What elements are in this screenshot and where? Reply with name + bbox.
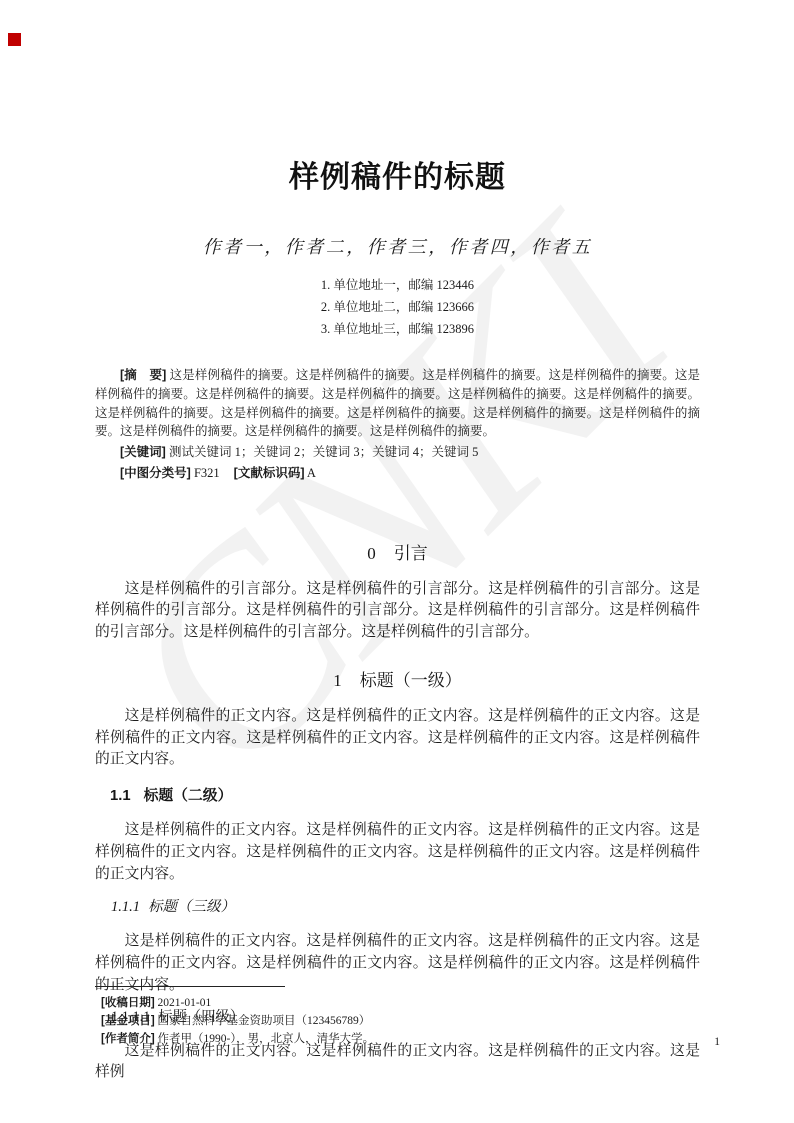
footnote-label: [收稿日期] (101, 997, 155, 1009)
abstract-paragraph: [摘 要] 这是样例稿件的摘要。这是样例稿件的摘要。这是样例稿件的摘要。这是样例… (95, 366, 700, 441)
section-number: 1.1 (110, 788, 131, 804)
classification-line: [中图分类号] F321[文献标识码] A (95, 464, 700, 483)
footnote-author-bio: [作者简介] 作者甲（1990-），男，北京人，清华大学。 (95, 1030, 702, 1048)
footnote-label: [基金项目] (101, 1015, 155, 1027)
section-1-paragraph: 这是样例稿件的正文内容。这是样例稿件的正文内容。这是样例稿件的正文内容。这是样例… (95, 706, 700, 771)
abstract-text: 这是样例稿件的摘要。这是样例稿件的摘要。这是样例稿件的摘要。这是样例稿件的摘要。… (95, 368, 700, 438)
footnote-text: 国家自然科学基金资助项目（123456789） (158, 1015, 371, 1027)
clc-label: [中图分类号] (120, 466, 191, 480)
section-heading-1-1: 1.1标题（二级） (110, 784, 700, 805)
footnote-funding: [基金项目] 国家自然科学基金资助项目（123456789） (95, 1012, 702, 1030)
authors-line: 作者一，作者二，作者三，作者四，作者五 (95, 233, 700, 259)
footnote-received-date: [收稿日期] 2021-01-01 (95, 994, 702, 1012)
section-number: 0 (367, 544, 376, 563)
footnote-text: 作者甲（1990-），男，北京人，清华大学。 (158, 1033, 375, 1045)
keywords-text: 测试关键词 1；关键词 2；关键词 3；关键词 4；关键词 5 (169, 445, 478, 459)
section-heading-intro: 0引言 (95, 539, 700, 564)
affiliation-line: 2. 单位地址二，邮编 123666 (95, 296, 700, 318)
page-number: 1 (714, 1036, 720, 1048)
red-corner-marker-icon (8, 33, 21, 46)
affiliation-line: 3. 单位地址三，邮编 123896 (95, 318, 700, 340)
section-title: 标题（二级） (144, 788, 233, 804)
abstract-label: [摘 要] (120, 368, 166, 382)
section-heading-1-1-1: 1.1.1标题（三级） (111, 895, 700, 916)
doc-code-value: A (307, 466, 316, 480)
clc-value: F321 (194, 466, 220, 480)
affiliations-block: 1. 单位地址一，邮编 123446 2. 单位地址二，邮编 123666 3.… (95, 274, 700, 340)
keywords-label: [关键词] (120, 445, 166, 459)
affiliation-line: 1. 单位地址一，邮编 123446 (95, 274, 700, 296)
document-page: CNKI 样例稿件的标题 作者一，作者二，作者三，作者四，作者五 1. 单位地址… (0, 0, 794, 1123)
manuscript-body: 样例稿件的标题 作者一，作者二，作者三，作者四，作者五 1. 单位地址一，邮编 … (0, 152, 794, 1084)
footnote-label: [作者简介] (101, 1033, 155, 1045)
doc-code-label: [文献标识码] (234, 466, 305, 480)
section-title: 标题（三级） (148, 899, 235, 915)
section-number: 1 (333, 671, 342, 690)
keywords-line: [关键词] 测试关键词 1；关键词 2；关键词 3；关键词 4；关键词 5 (95, 443, 700, 462)
section-title: 引言 (394, 544, 428, 563)
footnote-divider (95, 986, 285, 987)
footnote-text: 2021-01-01 (158, 997, 212, 1009)
paper-title: 样例稿件的标题 (95, 152, 700, 196)
intro-paragraph: 这是样例稿件的引言部分。这是样例稿件的引言部分。这是样例稿件的引言部分。这是样例… (95, 579, 700, 644)
section-number: 1.1.1 (111, 899, 140, 915)
section-1-1-paragraph: 这是样例稿件的正文内容。这是样例稿件的正文内容。这是样例稿件的正文内容。这是样例… (95, 820, 700, 885)
section-heading-1: 1标题（一级） (95, 666, 700, 691)
section-title: 标题（一级） (360, 671, 462, 690)
footnote-block: [收稿日期] 2021-01-01 [基金项目] 国家自然科学基金资助项目（12… (95, 986, 702, 1048)
